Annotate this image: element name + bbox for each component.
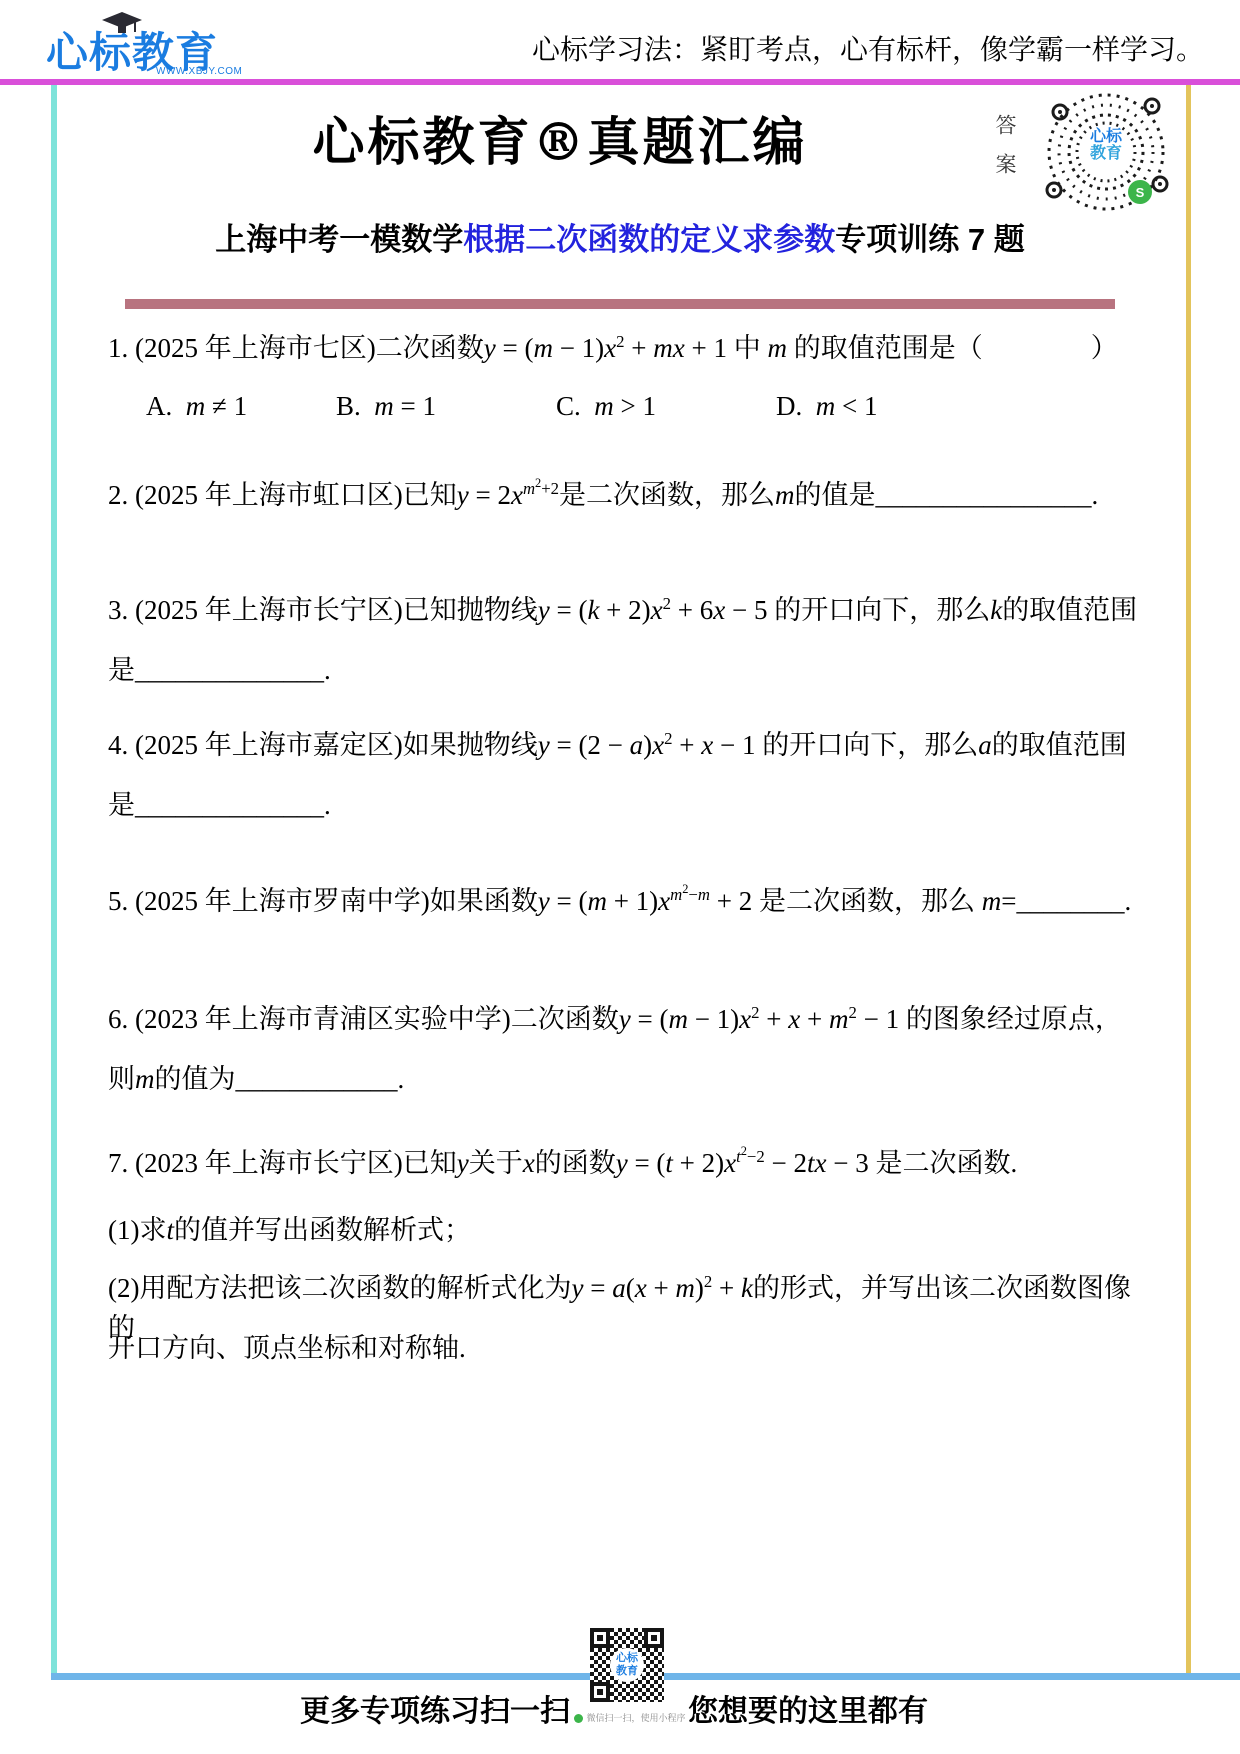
qr-finder-icon (590, 1682, 610, 1702)
worksheet-page: 心标教育 WWW.XBJY.COM 心标学习法：紧盯考点，心有标杆，像学霸一样学… (0, 0, 1240, 1754)
qr-center-logo: 心标 教育 (1080, 128, 1132, 162)
question-1-text: 1. (2025 年上海市七区)二次函数y = (m − 1)x2 + mx +… (108, 330, 1156, 370)
brand-logo: 心标教育 WWW.XBJY.COM (46, 14, 276, 78)
question-7-part2b: 开口方向、顶点坐标和对称轴. (108, 1330, 1156, 1366)
question-4-text: 4. (2025 年上海市嘉定区)如果抛物线y = (2 − a)x2 + x … (108, 727, 1156, 767)
miniprogram-qr-code: 心标 教育 (590, 1628, 664, 1702)
svg-text:S: S (1136, 185, 1145, 200)
qr-finder-icon (644, 1628, 664, 1648)
question-4-blank: 是______________. (108, 787, 1156, 823)
question-6-blank: 则m的值为____________. (108, 1061, 1156, 1097)
right-page-border (1186, 85, 1191, 1673)
option-c: C. m > 1 (556, 388, 656, 424)
logo-url: WWW.XBJY.COM (156, 66, 242, 77)
page-title: 心标教育®真题汇编 (60, 100, 1060, 175)
qr-center-logo: 心标 教育 (610, 1648, 644, 1682)
graduation-cap-icon (102, 12, 142, 41)
question-3-text: 3. (2025 年上海市长宁区)已知抛物线y = (k + 2)x2 + 6x… (108, 592, 1156, 632)
qr-finder-icon (590, 1628, 610, 1648)
option-b: B. m = 1 (336, 388, 436, 424)
subtitle-prefix: 上海中考一模数学 (215, 222, 463, 257)
answer-label: 答案 (990, 114, 1020, 192)
question-7-text: 7. (2023 年上海市长宁区)已知y关于x的函数y = (t + 2)xt2… (108, 1145, 1156, 1186)
wechat-green-dot-icon (574, 1714, 583, 1723)
qr-caption: 微信扫一扫，使用小程序 (560, 1711, 700, 1724)
answer-qr-code: S 心标 教育 (1036, 90, 1176, 214)
subtitle: 上海中考一模数学根据二次函数的定义求参数专项训练 7 题 (125, 214, 1115, 259)
question-7-part1: (1)求t的值并写出函数解析式； (108, 1212, 1156, 1248)
question-3-blank: 是______________. (108, 652, 1156, 688)
subtitle-underline-bar (125, 299, 1115, 309)
question-2-text: 2. (2025 年上海市虹口区)已知y = 2xm2+2是二次函数，那么m的值… (108, 477, 1156, 518)
option-d: D. m < 1 (776, 388, 877, 424)
left-page-border (51, 85, 57, 1673)
footer-left-text: 更多专项练习扫一扫 (300, 1686, 570, 1730)
option-a: A. m ≠ 1 (146, 388, 247, 424)
header-divider-line (0, 79, 1240, 85)
question-5-text: 5. (2025 年上海市罗南中学)如果函数y = (m + 1)xm2−m +… (108, 883, 1156, 924)
subtitle-suffix: 专项训练 7 题 (835, 222, 1024, 257)
subtitle-highlight: 根据二次函数的定义求参数 (463, 222, 835, 257)
question-6-text: 6. (2023 年上海市青浦区实验中学)二次函数y = (m − 1)x2 +… (108, 1001, 1156, 1041)
question-1-options: A. m ≠ 1 B. m = 1 C. m > 1 D. m < 1 (108, 388, 1156, 428)
footer-right-text: 您想要的这里都有 (688, 1686, 928, 1730)
header-slogan: 心标学习法：紧盯考点，心有标杆，像学霸一样学习。 (532, 28, 1204, 68)
